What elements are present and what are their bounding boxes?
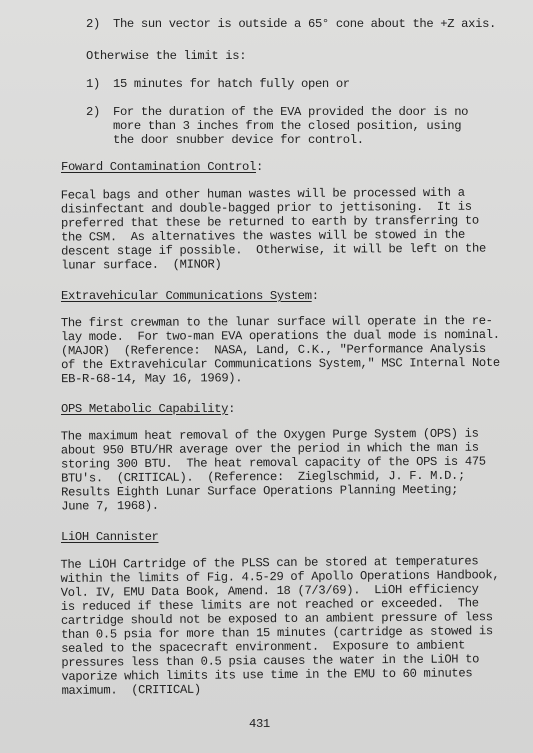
- heading-colon: :: [228, 402, 235, 416]
- list-number: 1): [86, 77, 100, 91]
- body-line: of the Extravehicular Communications Sys…: [61, 356, 501, 372]
- section-body: The first crewman to the lunar surface w…: [61, 314, 501, 386]
- list-item-text: more than 3 inches from the closed posit…: [113, 119, 461, 133]
- section-heading: LiOH Cannister: [61, 530, 159, 544]
- section-heading-text: Extravehicular Communications System: [61, 289, 312, 303]
- list-item-text: For the duration of the EVA provided the…: [113, 105, 468, 119]
- document-page: 2) The sun vector is outside a 65° cone …: [0, 0, 533, 753]
- section-heading-text: LiOH Cannister: [61, 530, 159, 544]
- section-heading-text: OPS Metabolic Capability: [61, 402, 228, 416]
- list-number: 2): [86, 105, 100, 119]
- body-line: maximum. (CRITICAL): [61, 680, 501, 698]
- list-item-text: the door snubber device for control.: [113, 133, 364, 147]
- body-line: June 7, 1968).: [61, 496, 501, 513]
- list-item-text: The sun vector is outside a 65° cone abo…: [113, 17, 496, 31]
- section-body: The LiOH Cartridge of the PLSS can be st…: [60, 554, 501, 698]
- section-body: Fecal bags and other human wastes will b…: [61, 185, 502, 272]
- section-heading: Foward Contamination Control:: [61, 160, 263, 174]
- body-line: lunar surface. (MINOR): [61, 255, 501, 272]
- section-heading-text: Foward Contamination Control: [61, 160, 256, 174]
- otherwise-label: Otherwise the limit is:: [86, 49, 246, 63]
- list-item-text: 15 minutes for hatch fully open or: [113, 77, 350, 91]
- list-number: 2): [86, 17, 100, 31]
- section-body: The maximum heat removal of the Oxygen P…: [61, 426, 502, 513]
- section-heading: OPS Metabolic Capability:: [61, 402, 235, 416]
- heading-colon: :: [312, 289, 319, 303]
- section-heading: Extravehicular Communications System:: [61, 289, 319, 303]
- body-line: EB-R-68-14, May 16, 1969).: [61, 370, 501, 386]
- heading-colon: :: [256, 160, 263, 174]
- page-number: 431: [249, 717, 270, 731]
